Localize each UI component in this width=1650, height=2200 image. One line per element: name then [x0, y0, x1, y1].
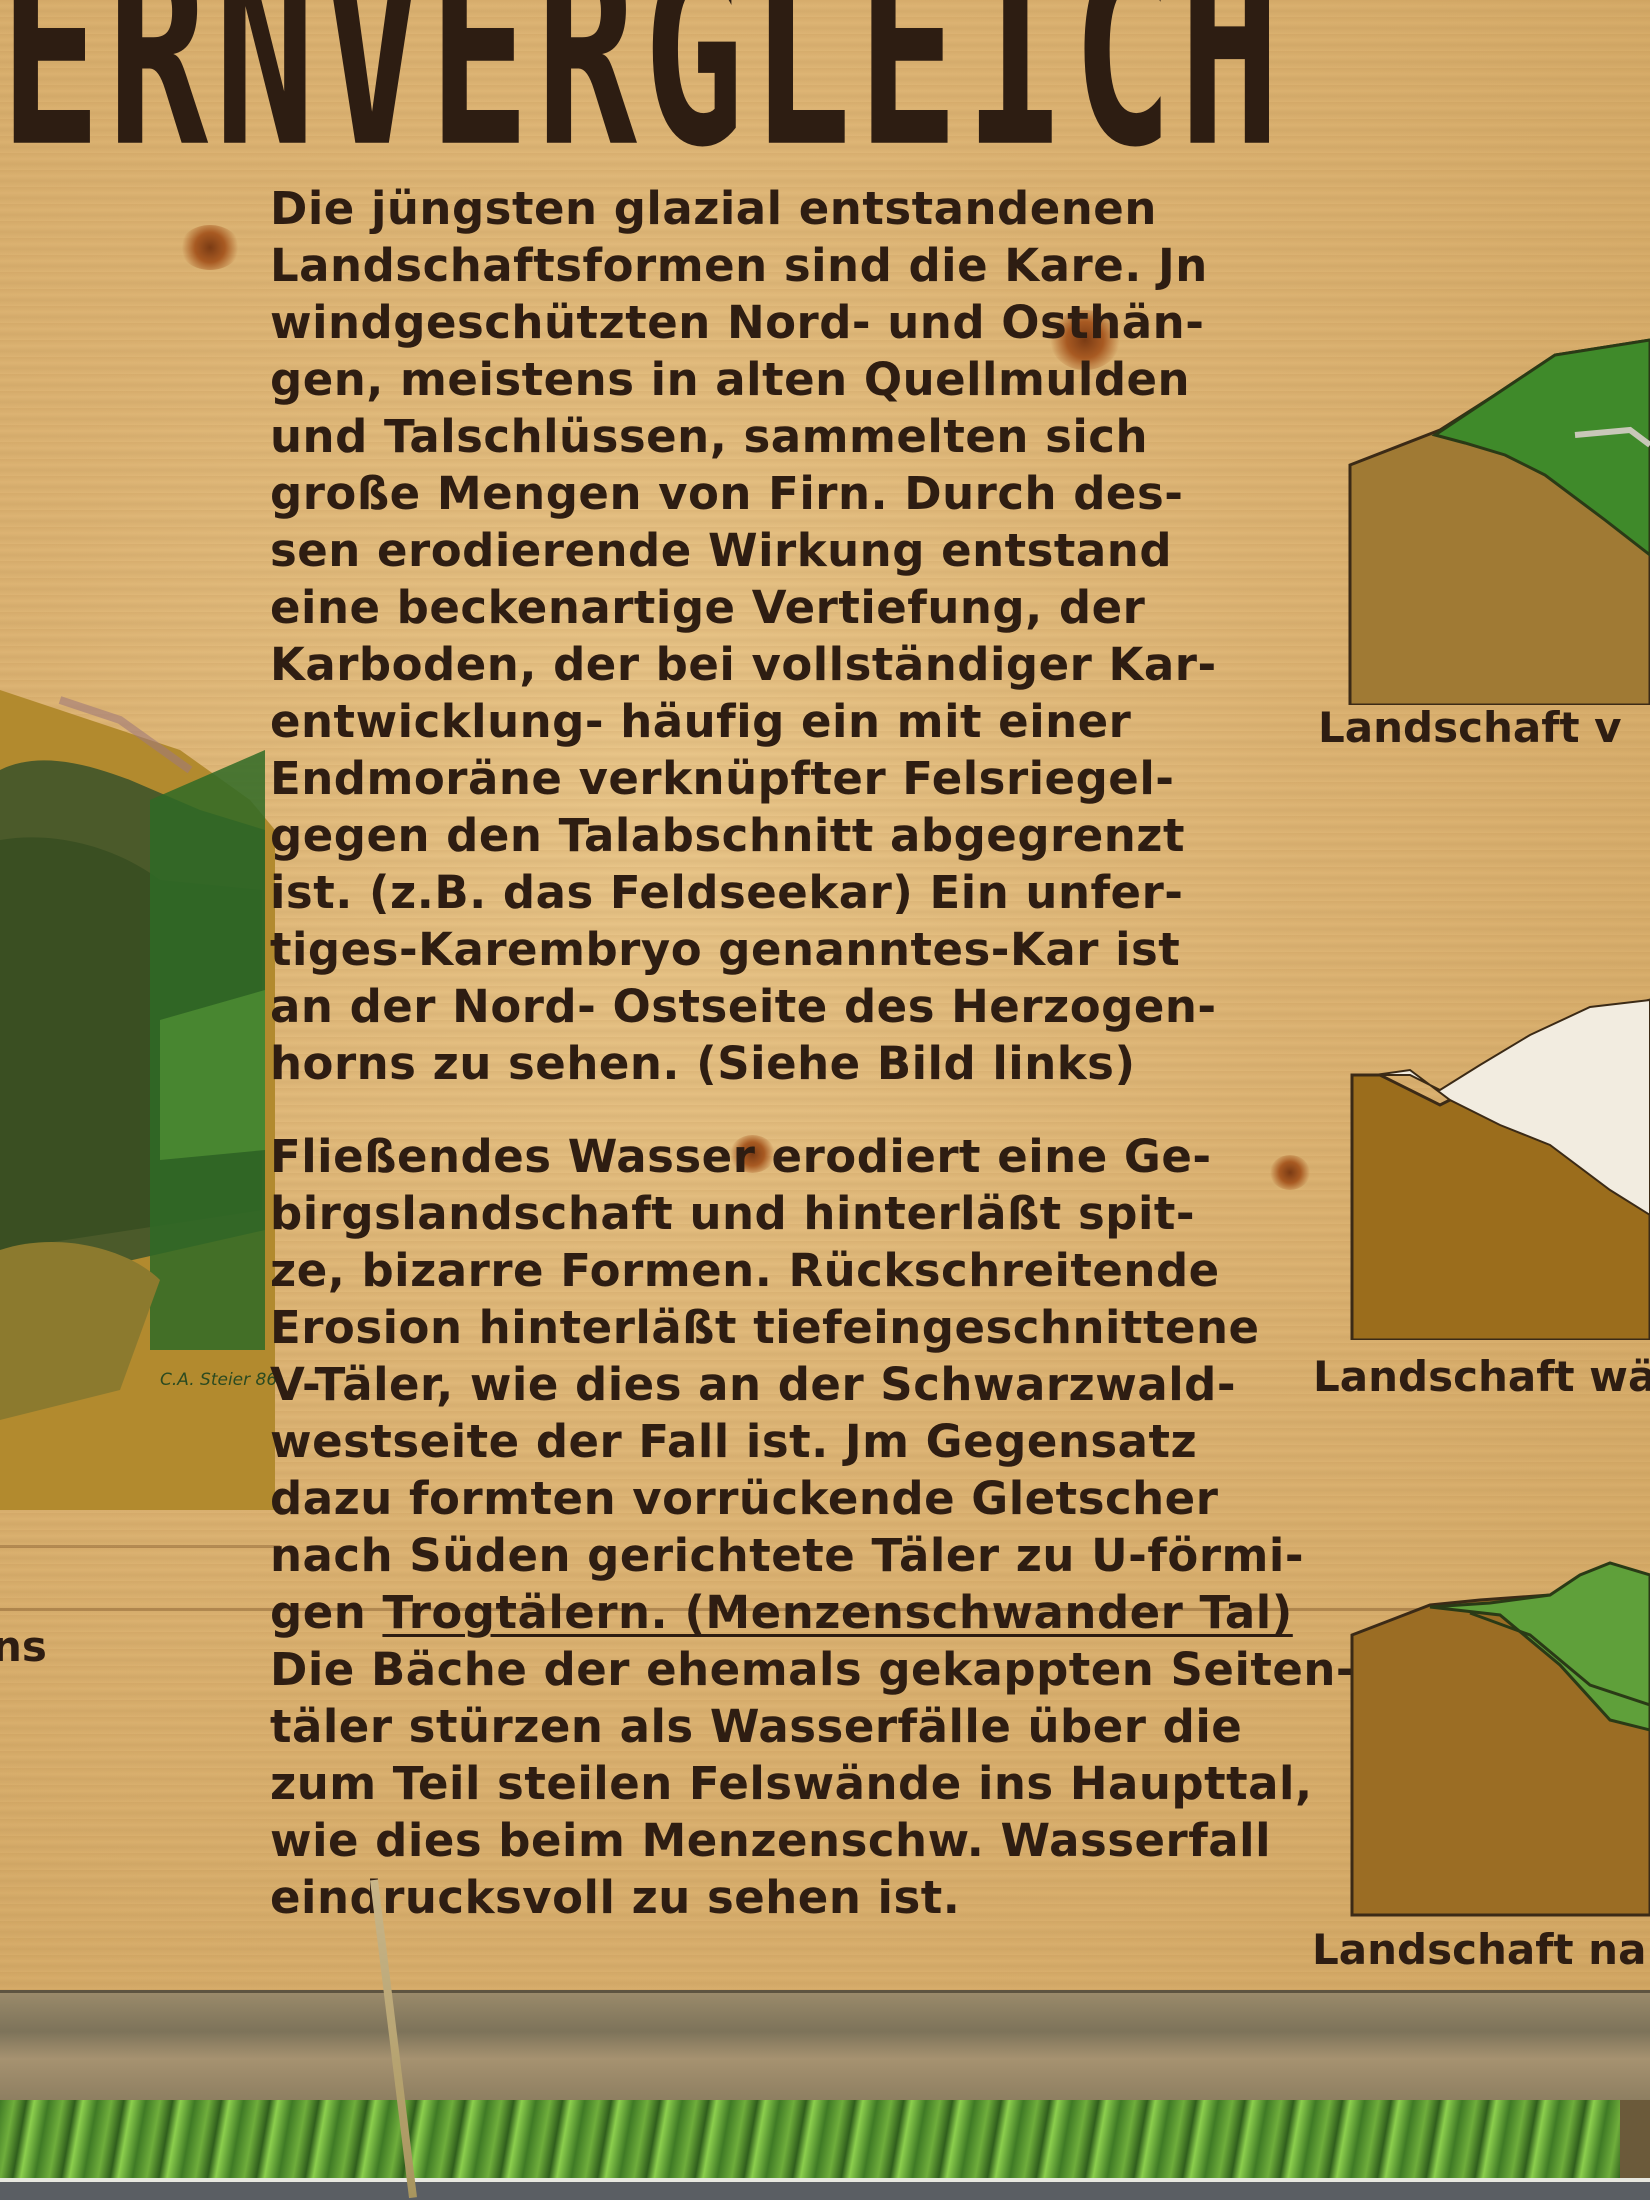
- text-line: tiges-Karembryo genanntes-Kar ist: [270, 921, 1330, 978]
- diagram-caption-3: Landschaft na: [1312, 1925, 1646, 1974]
- text-line: windgeschützten Nord- und Osthän-: [270, 294, 1330, 351]
- wood-knot: [180, 225, 240, 270]
- text-line: Fließendes Wasser erodiert eine Ge-: [270, 1128, 1330, 1185]
- text-line: entwicklung- häufig ein mit einer: [270, 693, 1330, 750]
- diagram-caption-1: Landschaft v: [1318, 703, 1622, 752]
- text-line: gen, meistens in alten Quellmulden: [270, 351, 1330, 408]
- painter-signature: C.A. Steier 86: [160, 1370, 277, 1390]
- text-line: Landschaftsformen sind die Kare. Jn: [270, 237, 1330, 294]
- landscape-diagram-postglacial: [1350, 1555, 1650, 1920]
- landscape-diagram-glaciated: [1350, 995, 1650, 1340]
- wooden-sign-board: ERNVERGLEICHE C.A. Steier 86 ns Die jüng…: [0, 0, 1650, 2010]
- text-line: täler stürzen als Wasserfälle über die: [270, 1698, 1330, 1755]
- text-line: nach Süden gerichtete Täler zu U-förmi-: [270, 1527, 1330, 1584]
- text-line: an der Nord- Ostseite des Herzogen-: [270, 978, 1330, 1035]
- text-line: gegen den Talabschnitt abgegrenzt: [270, 807, 1330, 864]
- sign-title: ERNVERGLEICHE: [0, 0, 1287, 168]
- diagram-caption-2: Landschaft wä: [1313, 1352, 1650, 1401]
- text-line: Die Bäche der ehemals gekappten Seiten-: [270, 1641, 1330, 1698]
- text-line: wie dies beim Menzenschw. Wasserfall: [270, 1812, 1330, 1869]
- text-line: Karboden, der bei vollständiger Kar-: [270, 636, 1330, 693]
- sign-frame-rail: [0, 1990, 1650, 2103]
- text-line: ist. (z.B. das Feldseekar) Ein unfer-: [270, 864, 1330, 921]
- text-line: große Mengen von Firn. Durch des-: [270, 465, 1330, 522]
- background-foliage: [0, 2100, 1620, 2185]
- text-line: zum Teil steilen Felswände ins Haupttal,: [270, 1755, 1330, 1812]
- text-prefix: gen: [270, 1586, 382, 1639]
- left-caption-fragment: ns: [0, 1622, 47, 1671]
- text-line: eine beckenartige Vertiefung, der: [270, 579, 1330, 636]
- sign-body-text: Die jüngsten glazial entstandenen Landsc…: [270, 180, 1330, 1926]
- plank-seam: [0, 1545, 280, 1548]
- text-line: westseite der Fall ist. Jm Gegensatz: [270, 1413, 1330, 1470]
- text-line: birgslandschaft und hinterläßt spit-: [270, 1185, 1330, 1242]
- landscape-diagram-vegetated: [1345, 335, 1650, 705]
- paragraph-gap: [270, 1092, 1330, 1128]
- underlined-text: Trogtälern. (Menzenschwander Tal): [382, 1586, 1292, 1639]
- text-line-underlined: gen Trogtälern. (Menzenschwander Tal): [270, 1584, 1330, 1641]
- text-line: und Talschlüssen, sammelten sich: [270, 408, 1330, 465]
- text-line: Erosion hinterläßt tiefeingeschnittene: [270, 1299, 1330, 1356]
- text-line: Die jüngsten glazial entstandenen: [270, 180, 1330, 237]
- text-line: Endmoräne verknüpfter Felsriegel-: [270, 750, 1330, 807]
- text-line: horns zu sehen. (Siehe Bild links): [270, 1035, 1330, 1092]
- text-line: dazu formten vorrückende Gletscher: [270, 1470, 1330, 1527]
- ground-strip: [0, 2178, 1650, 2200]
- text-line: eindrucksvoll zu sehen ist.: [270, 1869, 1330, 1926]
- text-line: V-Täler, wie dies an der Schwarzwald-: [270, 1356, 1330, 1413]
- text-line: sen erodierende Wirkung entstand: [270, 522, 1330, 579]
- text-line: ze, bizarre Formen. Rückschreitende: [270, 1242, 1330, 1299]
